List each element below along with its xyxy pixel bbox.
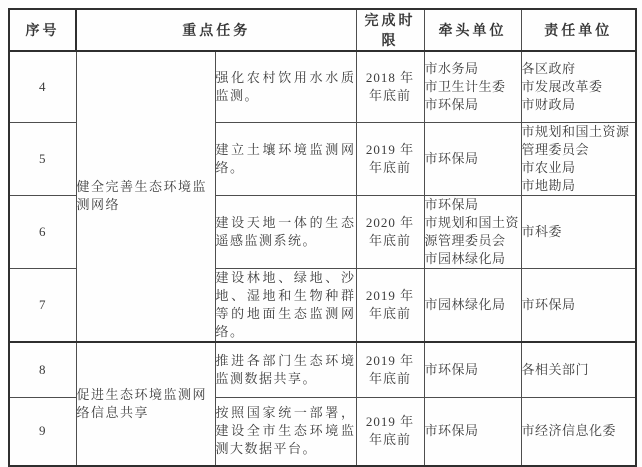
deadline-cell: 2019 年 年底前: [356, 342, 424, 398]
row-index-cell: 4: [9, 51, 76, 122]
lead-unit-cell: 市环保局 市规划和国土资源管理委员会 市园林绿化局: [424, 195, 521, 268]
task-group-cell: 促进生态环境监测网络信息共享: [76, 342, 215, 466]
deadline-cell: 2019 年 年底前: [356, 122, 424, 195]
lead-unit-cell: 市园林绿化局: [424, 268, 521, 342]
header-responsible-unit: 责任单位: [521, 9, 636, 51]
lead-unit-cell: 市环保局: [424, 398, 521, 466]
table-header-row: 序号 重点任务 完成时限 牵头单位 责任单位: [9, 9, 636, 51]
task-cell: 建设林地、绿地、沙地、湿地和生物种群等的地面生态监测网络。: [215, 268, 356, 342]
task-cell: 按照国家统一部署，建设全市生态环境监测大数据平台。: [215, 398, 356, 466]
document-sheet: 序号 重点任务 完成时限 牵头单位 责任单位 4 健全完善生态环境监测网络 强化…: [8, 8, 637, 467]
table-row: 4 健全完善生态环境监测网络 强化农村饮用水水质监测。 2018 年 年底前 市…: [9, 51, 636, 122]
task-cell: 建设天地一体的生态遥感监测系统。: [215, 195, 356, 268]
task-group-cell: 健全完善生态环境监测网络: [76, 51, 215, 342]
header-lead-unit: 牵头单位: [424, 9, 521, 51]
row-index-cell: 6: [9, 195, 76, 268]
responsible-unit-cell: 各区政府 市发展改革委 市财政局: [521, 51, 636, 122]
lead-unit-cell: 市水务局 市卫生计生委 市环保局: [424, 51, 521, 122]
deadline-cell: 2020 年 年底前: [356, 195, 424, 268]
header-index: 序号: [9, 9, 76, 51]
header-task: 重点任务: [76, 9, 356, 51]
lead-unit-cell: 市环保局: [424, 342, 521, 398]
deadline-cell: 2018 年 年底前: [356, 51, 424, 122]
responsible-unit-cell: 市规划和国土资源管理委员会 市农业局 市地勘局: [521, 122, 636, 195]
row-index-cell: 5: [9, 122, 76, 195]
responsible-unit-cell: 市科委: [521, 195, 636, 268]
responsible-unit-cell: 各相关部门: [521, 342, 636, 398]
deadline-cell: 2019 年 年底前: [356, 268, 424, 342]
header-deadline: 完成时限: [356, 9, 424, 51]
key-tasks-table: 序号 重点任务 完成时限 牵头单位 责任单位 4 健全完善生态环境监测网络 强化…: [8, 8, 637, 467]
task-cell: 强化农村饮用水水质监测。: [215, 51, 356, 122]
task-cell: 推进各部门生态环境监测数据共享。: [215, 342, 356, 398]
deadline-cell: 2019 年 年底前: [356, 398, 424, 466]
row-index-cell: 8: [9, 342, 76, 398]
row-index-cell: 9: [9, 398, 76, 466]
responsible-unit-cell: 市经济信息化委: [521, 398, 636, 466]
row-index-cell: 7: [9, 268, 76, 342]
task-cell: 建立土壤环境监测网络。: [215, 122, 356, 195]
table-row: 8 促进生态环境监测网络信息共享 推进各部门生态环境监测数据共享。 2019 年…: [9, 342, 636, 398]
lead-unit-cell: 市环保局: [424, 122, 521, 195]
responsible-unit-cell: 市环保局: [521, 268, 636, 342]
